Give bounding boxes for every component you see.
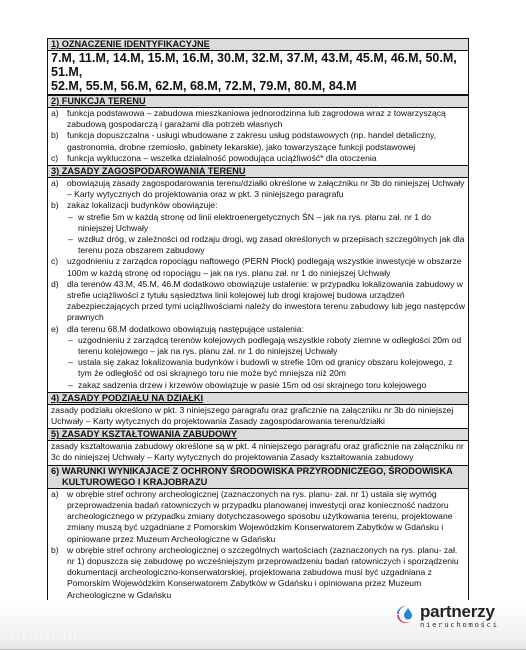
- header-line-1: 6) WARUNKI WYNIKAJACE Z OCHRONY ŚRODOWIS…: [51, 466, 453, 476]
- section-body-building-shaping: zasady kształtowania zabudowy określone …: [48, 441, 468, 464]
- section-header-identification: 1) OZNACZENIE IDENTYFIKACYJNE: [48, 39, 468, 51]
- section-header-building-shaping: 5) ZASADY KSZTAŁTOWANIA ZABUDOWY: [48, 428, 468, 441]
- list-item: c)uzgodnieniu z zarządca ropociągu nafto…: [51, 256, 465, 278]
- dash-bullet: –: [67, 212, 78, 234]
- partnerzy-logo[interactable]: partnerzy nieruchomości: [393, 602, 499, 631]
- list-item: e) dla terenu 68.M dodatkowo obowiązują …: [51, 324, 465, 391]
- list-item: a)funkcja podstawowa – zabudowa mieszkan…: [51, 108, 465, 130]
- sub-item: –wzdłuż dróg, w zależności od rodzaju dr…: [67, 234, 465, 256]
- ids-line-1: 7.M, 11.M, 14.M, 15.M, 16.M, 30.M, 32.M,…: [51, 51, 465, 79]
- section-body-land-use: a)obowiązują zasady zagospodarowania ter…: [48, 178, 468, 392]
- section-body-function: a)funkcja podstawowa – zabudowa mieszkan…: [48, 108, 468, 165]
- logo-subtitle: nieruchomości: [420, 620, 499, 629]
- header-line-2: KULTUROWEGO I KRAJOBRAZU: [51, 477, 465, 488]
- sub-item: –ustala się zakaz lokalizowania budynków…: [67, 357, 465, 379]
- dash-bullet: –: [67, 335, 78, 357]
- section-header-function: 2) FUNKCJA TERENU: [48, 95, 468, 108]
- section-header-environment: 6) WARUNKI WYNIKAJACE Z OCHRONY ŚRODOWIS…: [48, 465, 468, 489]
- sub-item: –w strefie 5m w każdą stronę od linii el…: [67, 212, 465, 234]
- watermark: otodom: [10, 625, 78, 645]
- droplet-swirl-icon: [393, 602, 417, 631]
- list-item: a)w obrębie stref ochrony archeologiczne…: [51, 489, 465, 545]
- list-item: c)funkcja wykluczona – wszelka działalno…: [51, 153, 465, 164]
- section-header-parcel-division: 4) ZASADY PODZIAŁU NA DZIAŁKI: [48, 392, 468, 405]
- list-item: a)obowiązują zasady zagospodarowania ter…: [51, 178, 465, 200]
- section-body-parcel-division: zasady podziału określono w pkt. 3 ninie…: [48, 405, 468, 428]
- logo-brand: partnerzy: [420, 604, 499, 620]
- dash-bullet: –: [67, 357, 78, 379]
- dash-bullet: –: [67, 234, 78, 256]
- list-item: b) zakaz lokalizacji budynków obowiązuje…: [51, 200, 465, 256]
- ids-line-2: 52.M, 55.M, 56.M, 62.M, 68.M, 72.M, 79.M…: [51, 79, 465, 93]
- sub-item: –zakaz sadzenia drzew i krzewów obowiązu…: [67, 380, 465, 391]
- sub-item: –uzgodnieniu z zarządcą terenów kolejowy…: [67, 335, 465, 357]
- document-table: 1) OZNACZENIE IDENTYFIKACYJNE 7.M, 11.M,…: [47, 38, 469, 636]
- dash-bullet: –: [67, 380, 78, 391]
- list-item: d)dla terenów 43.M, 45.M, 46.M dodatkowo…: [51, 279, 465, 324]
- section-header-land-use: 3) ZASADY ZAGOSPODAROWANIA TERENU: [48, 165, 468, 178]
- list-item: b)w obrębie stref ochrony archeologiczne…: [51, 545, 465, 601]
- list-item: b)funkcja dopuszczalna - usługi wbudowan…: [51, 130, 465, 152]
- identification-codes: 7.M, 11.M, 14.M, 15.M, 16.M, 30.M, 32.M,…: [48, 51, 468, 95]
